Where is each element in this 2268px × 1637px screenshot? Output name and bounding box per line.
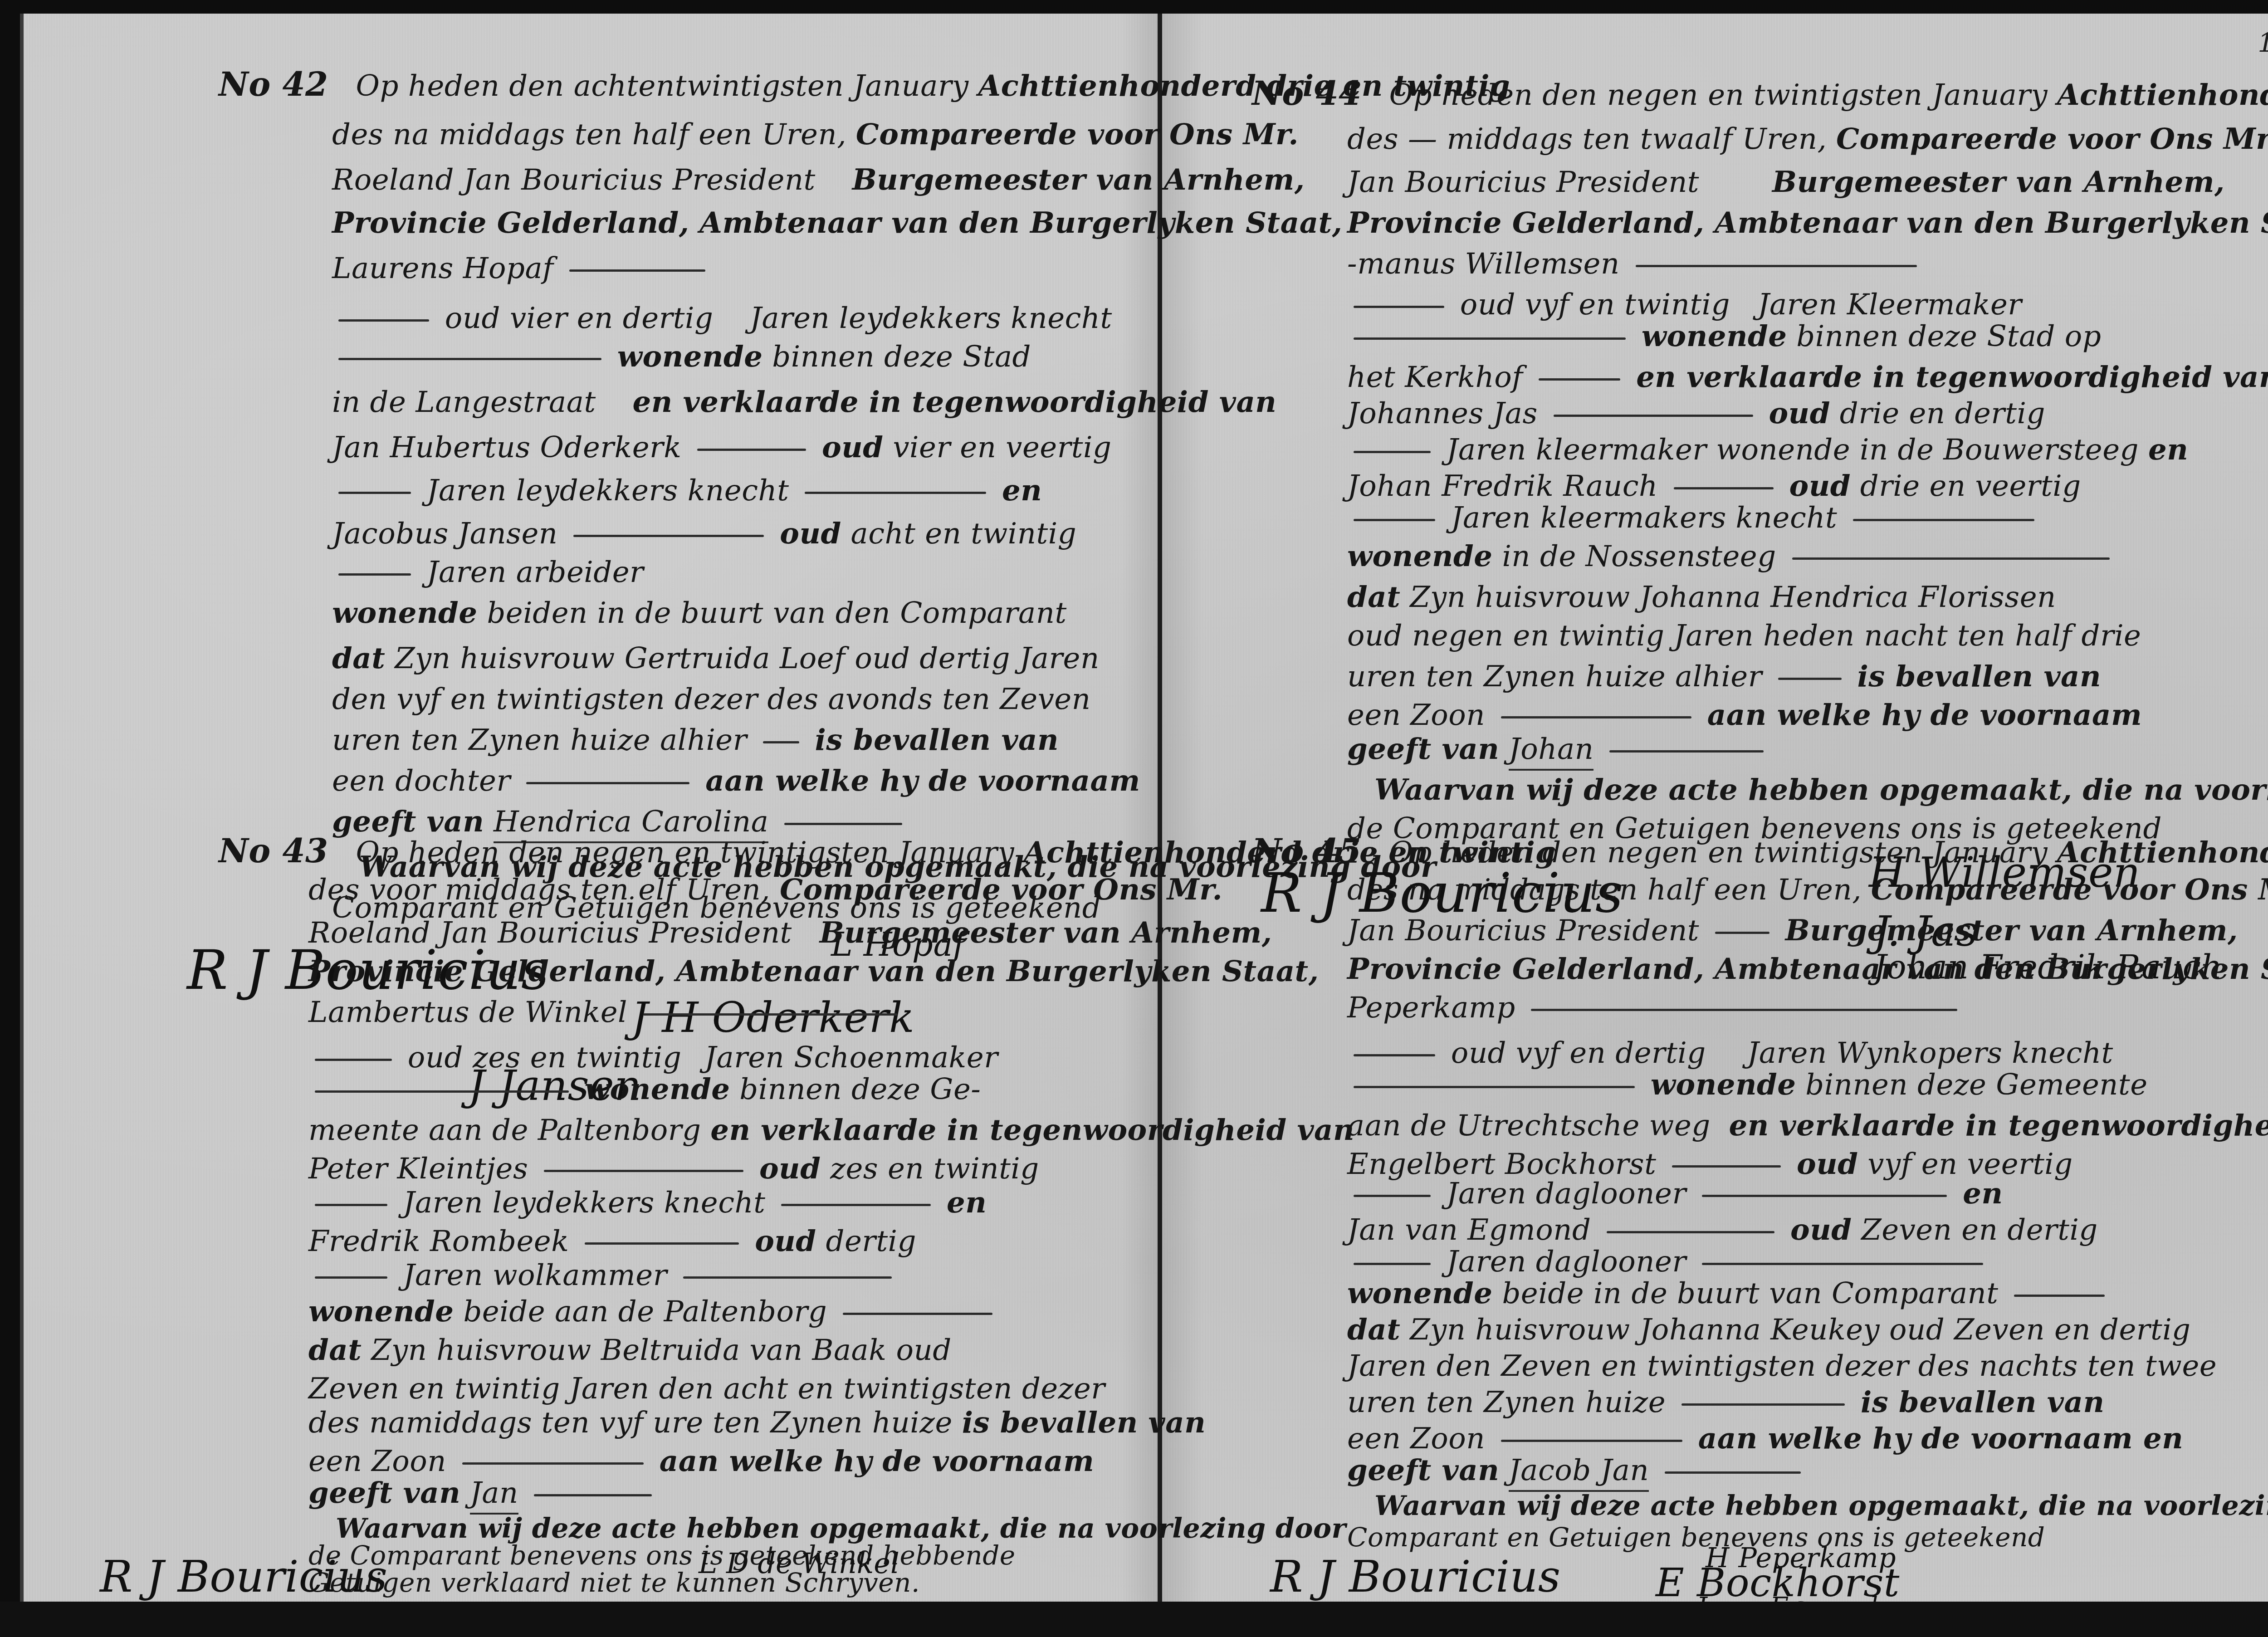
signature-father: L D de Winkel bbox=[699, 1547, 899, 1580]
witness-name: Johannes Jas bbox=[1347, 397, 1538, 430]
father-name: -manus Willemsen bbox=[1347, 247, 1620, 281]
witness-name: Jan van Egmond bbox=[1347, 1213, 1591, 1247]
witness-name: Engelbert Bockhorst bbox=[1347, 1148, 1656, 1181]
page-number: 12 bbox=[2258, 27, 2268, 58]
child-name: Johan bbox=[1509, 733, 1593, 771]
register-content: des voor middags ten elf Uren, Compareer… bbox=[0, 0, 2268, 1637]
entry-number: No 44 bbox=[1252, 74, 1362, 112]
signature-registrar: R J Bouricius bbox=[1270, 1551, 1561, 1602]
witness-name: Fredrik Rombeek bbox=[308, 1225, 569, 1258]
scan-border-bottom bbox=[0, 1602, 2268, 1637]
father-name: Lambertus de Winkel bbox=[308, 996, 627, 1029]
signature-registrar: R J Bouricius bbox=[100, 1551, 387, 1602]
father-name: Peperkamp bbox=[1347, 991, 1515, 1025]
entry-number: No 45 bbox=[1252, 831, 1362, 870]
child-name: Jacob Jan bbox=[1509, 1454, 1649, 1492]
child-name: Jan bbox=[470, 1476, 518, 1515]
witness-name: Peter Kleintjes bbox=[308, 1152, 528, 1186]
witness-name: Johan Fredrik Rauch bbox=[1347, 469, 1658, 503]
